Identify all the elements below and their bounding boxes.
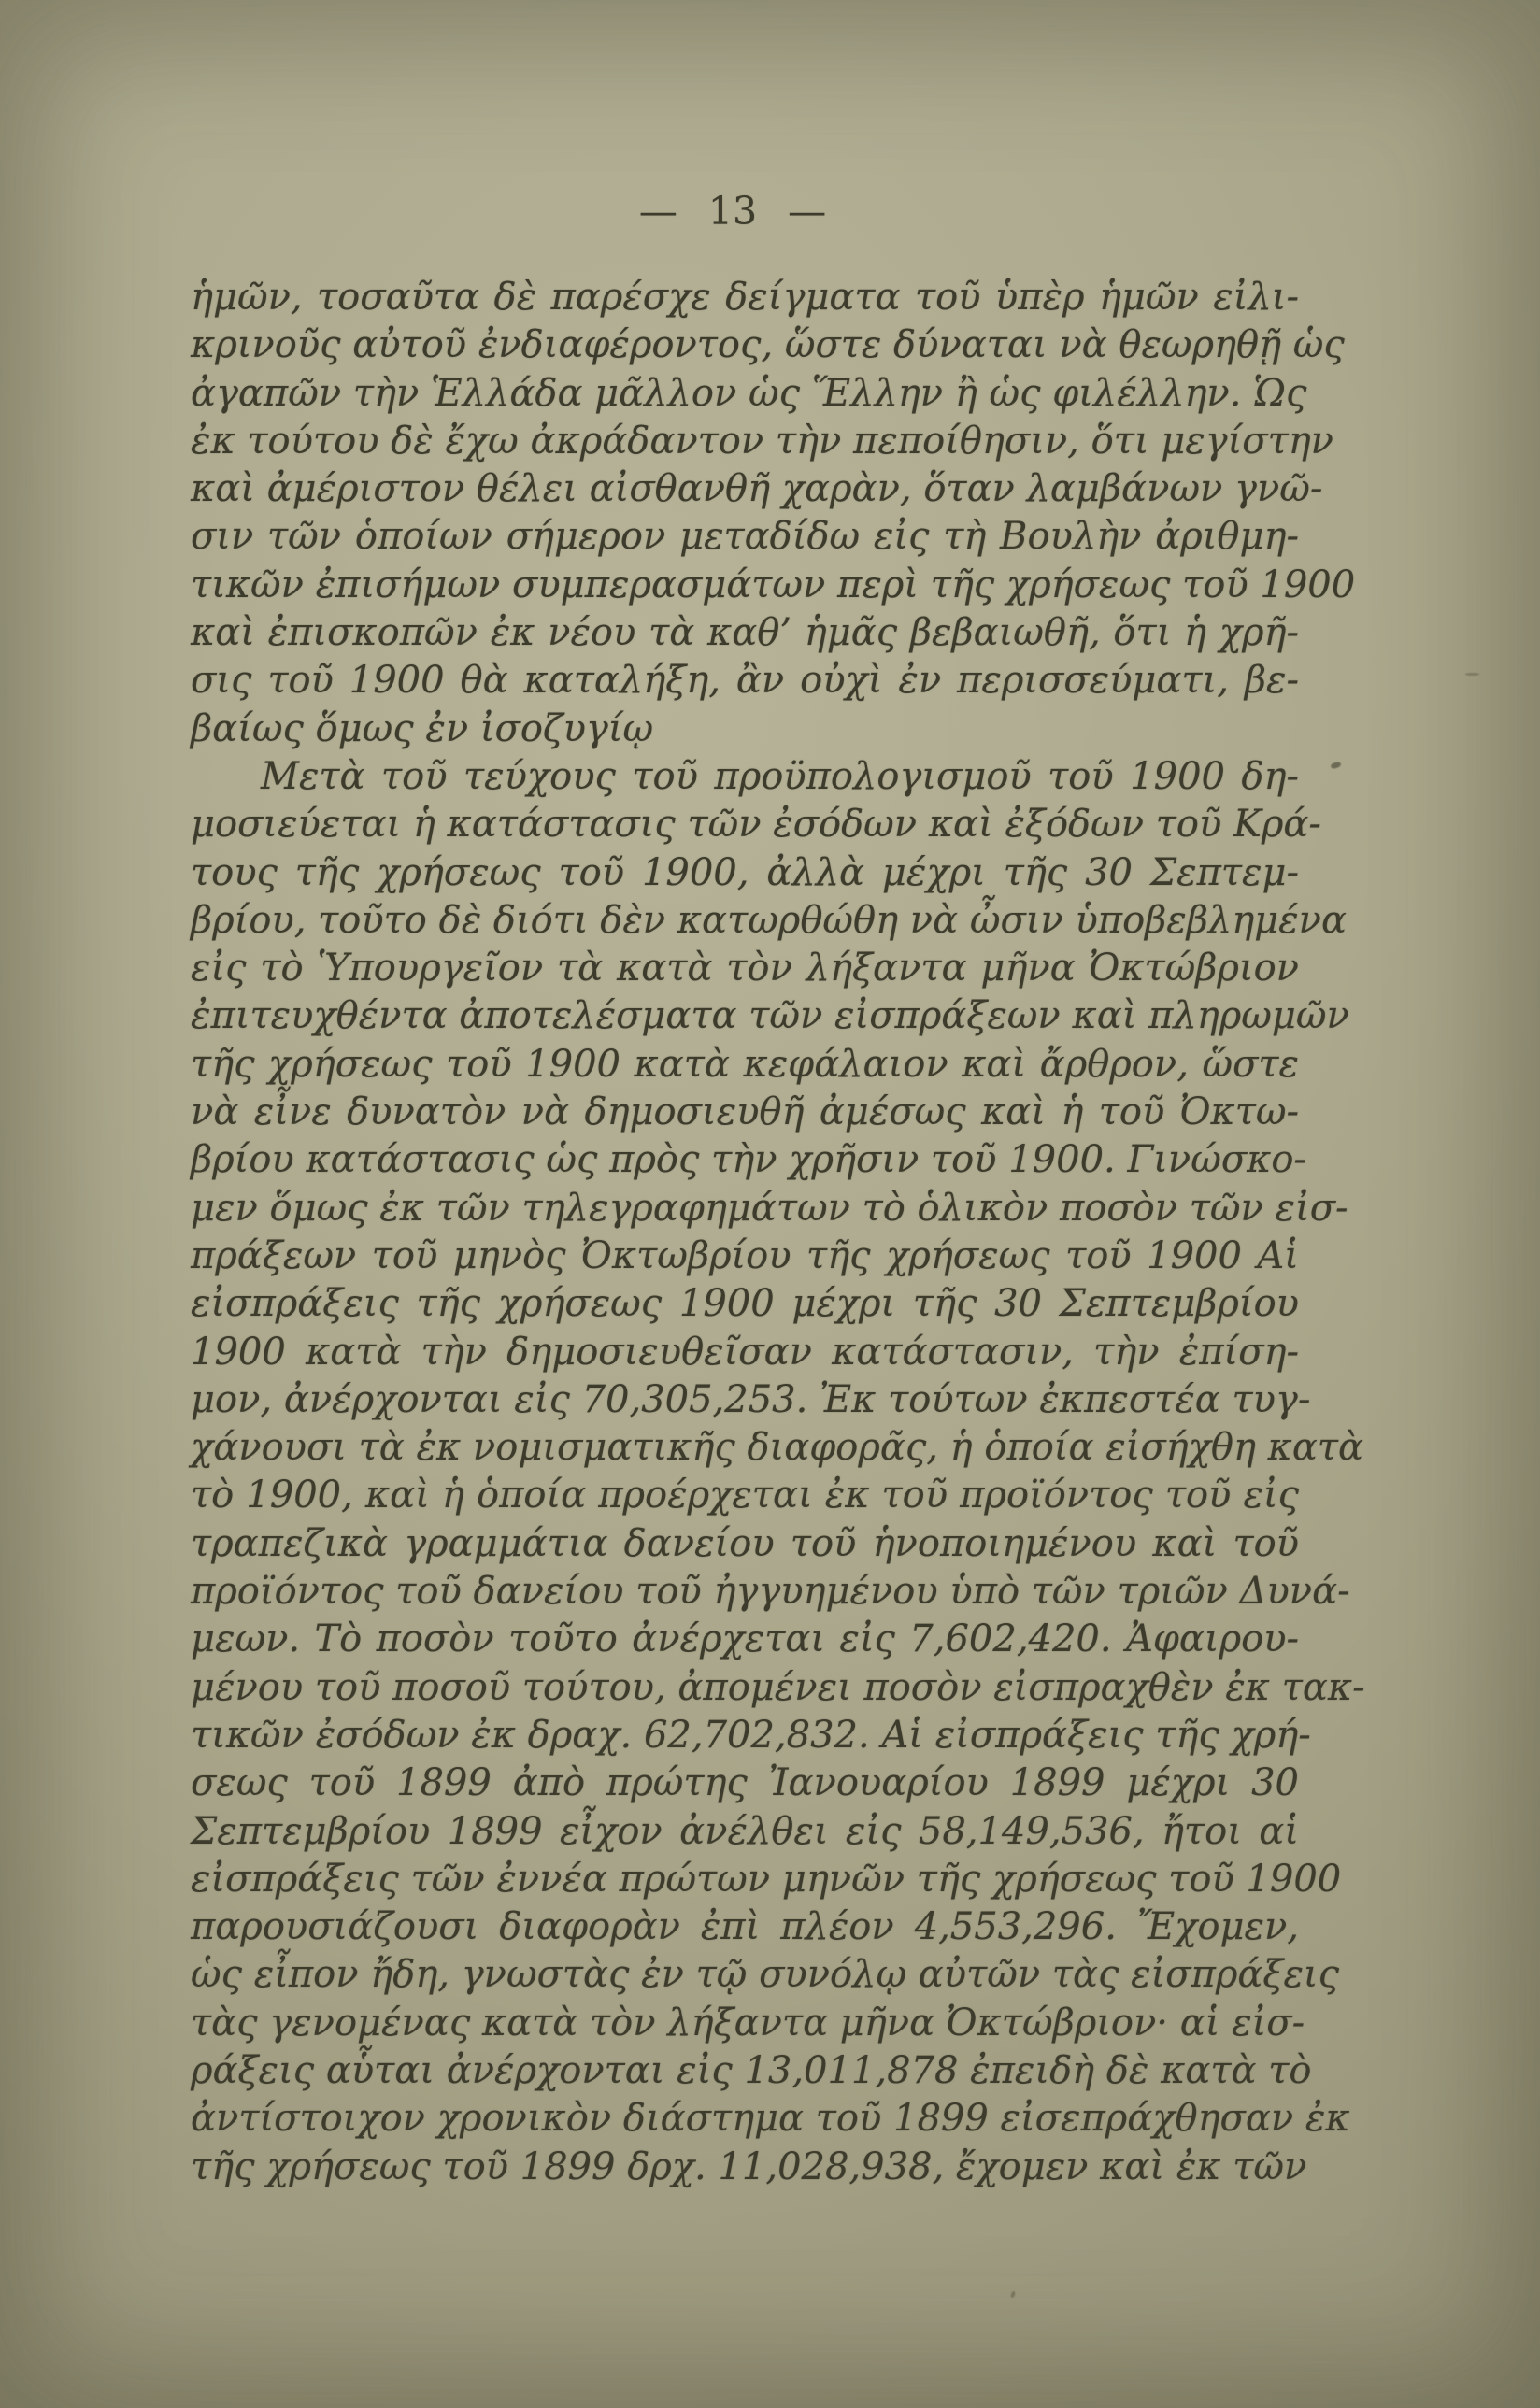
scan-speck [1330, 761, 1341, 769]
text-line: ἀγαπῶν τὴν Ἑλλάδα μᾶλλον ὡς Ἕλλην ἢ ὡς φ… [191, 370, 1299, 418]
text-line: Σεπτεμβρίου 1899 εἶχον ἀνέλθει εἰς 58,14… [191, 1808, 1299, 1856]
text-line: μεν ὅμως ἐκ τῶν τηλεγραφημάτων τὸ ὁλικὸν… [191, 1185, 1299, 1232]
text-line: ἐπιτευχθέντα ἀποτελέσματα τῶν εἰσπράξεων… [191, 992, 1299, 1040]
text-line: ἀντίστοιχον χρονικὸν διάστημα τοῦ 1899 ε… [191, 2095, 1299, 2143]
text-line: καὶ ἀμέριστον θέλει αἰσθανθῆ χαρὰν, ὅταν… [191, 465, 1299, 513]
text-line: ἐκ τούτου δὲ ἔχω ἀκράδαντον τὴν πεποίθησ… [191, 418, 1299, 465]
page-header: — 13 — [191, 189, 1275, 234]
text-line: ὡς εἶπον ἤδη, γνωστὰς ἐν τῷ συνόλῳ αὐτῶν… [191, 1951, 1299, 1999]
text-line: σεως τοῦ 1899 ἀπὸ πρώτης Ἰανουαρίου 1899… [191, 1760, 1299, 1807]
text-line: κρινοῦς αὐτοῦ ἐνδιαφέροντος, ὥστε δύνατα… [191, 321, 1299, 369]
text-line: τους τῆς χρήσεως τοῦ 1900, ἀλλὰ μέχρι τῆ… [191, 849, 1299, 897]
text-line: σιν τῶν ὁποίων σήμερον μεταδίδω εἰς τὴ Β… [191, 513, 1299, 561]
text-line: ἡμῶν, τοσαῦτα δὲ παρέσχε δείγματα τοῦ ὑπ… [191, 274, 1299, 321]
text-line: σις τοῦ 1900 θὰ καταλήξη, ἂν οὐχὶ ἐν περ… [191, 657, 1299, 705]
text-line: παρουσιάζουσι διαφορὰν ἐπὶ πλέον 4,553,2… [191, 1903, 1299, 1951]
text-line: εἰς τὸ Ὑπουργεῖον τὰ κατὰ τὸν λήξαντα μῆ… [191, 945, 1299, 992]
text-line: μεων. Τὸ ποσὸν τοῦτο ἀνέρχεται εἰς 7,602… [191, 1616, 1299, 1663]
text-line: Μετὰ τοῦ τεύχους τοῦ προϋπολογισμοῦ τοῦ … [191, 753, 1299, 801]
text-line: μοσιεύεται ἡ κατάστασις τῶν ἐσόδων καὶ ἐ… [191, 801, 1299, 848]
text-line: νὰ εἶνε δυνατὸν νὰ δημοσιευθῆ ἀμέσως καὶ… [191, 1089, 1299, 1136]
text-line: τῆς χρήσεως τοῦ 1900 κατὰ κεφάλαιον καὶ … [191, 1041, 1299, 1089]
text-line: τικῶν ἐσόδων ἐκ δραχ. 62,702,832. Αἱ εἰσ… [191, 1712, 1299, 1760]
text-line: καὶ ἐπισκοπῶν ἐκ νέου τὰ καθ’ ἡμᾶς βεβαι… [191, 609, 1299, 657]
text-line: τὰς γενομένας κατὰ τὸν λήξαντα μῆνα Ὀκτώ… [191, 2000, 1299, 2047]
text-line: τῆς χρήσεως τοῦ 1899 δρχ. 11,028,938, ἔχ… [191, 2144, 1299, 2191]
scan-speck [1010, 2291, 1016, 2299]
text-line: βαίως ὅμως ἐν ἰσοζυγίῳ [191, 705, 1299, 753]
text-line: εἰσπράξεις τῶν ἐννέα πρώτων μηνῶν τῆς χρ… [191, 1856, 1299, 1903]
text-line: τραπεζικὰ γραμμάτια δανείου τοῦ ἡνοποιημ… [191, 1520, 1299, 1568]
text-line: βρίου κατάστασις ὡς πρὸς τὴν χρῆσιν τοῦ … [191, 1136, 1299, 1184]
text-line: βρίου, τοῦτο δὲ διότι δὲν κατωρθώθη νὰ ὦ… [191, 897, 1299, 945]
text-block: ἡμῶν, τοσαῦτα δὲ παρέσχε δείγματα τοῦ ὑπ… [191, 274, 1299, 2191]
text-line: ράξεις αὗται ἀνέρχονται εἰς 13,011,878 ἐ… [191, 2047, 1299, 2095]
text-line: τὸ 1900, καὶ ἡ ὁποία προέρχεται ἐκ τοῦ π… [191, 1472, 1299, 1519]
scan-speck [1465, 673, 1479, 676]
text-line: μον, ἀνέρχονται εἰς 70,305,253. Ἐκ τούτω… [191, 1376, 1299, 1424]
text-line: προϊόντος τοῦ δανείου τοῦ ἠγγυημένου ὑπὸ… [191, 1568, 1299, 1616]
scanned-page: — 13 — ἡμῶν, τοσαῦτα δὲ παρέσχε δείγματα… [0, 0, 1540, 2408]
text-line: 1900 κατὰ τὴν δημοσιευθεῖσαν κατάστασιν,… [191, 1329, 1299, 1376]
text-line: χάνουσι τὰ ἐκ νομισματικῆς διαφορᾶς, ἡ ὁ… [191, 1424, 1299, 1472]
text-line: πράξεων τοῦ μηνὸς Ὀκτωβρίου τῆς χρήσεως … [191, 1232, 1299, 1280]
text-line: τικῶν ἐπισήμων συμπερασμάτων περὶ τῆς χρ… [191, 562, 1299, 609]
page-number: — 13 — [639, 189, 826, 234]
text-line: εἰσπράξεις τῆς χρήσεως 1900 μέχρι τῆς 30… [191, 1280, 1299, 1328]
text-line: μένου τοῦ ποσοῦ τούτου, ἀπομένει ποσὸν ε… [191, 1664, 1299, 1712]
